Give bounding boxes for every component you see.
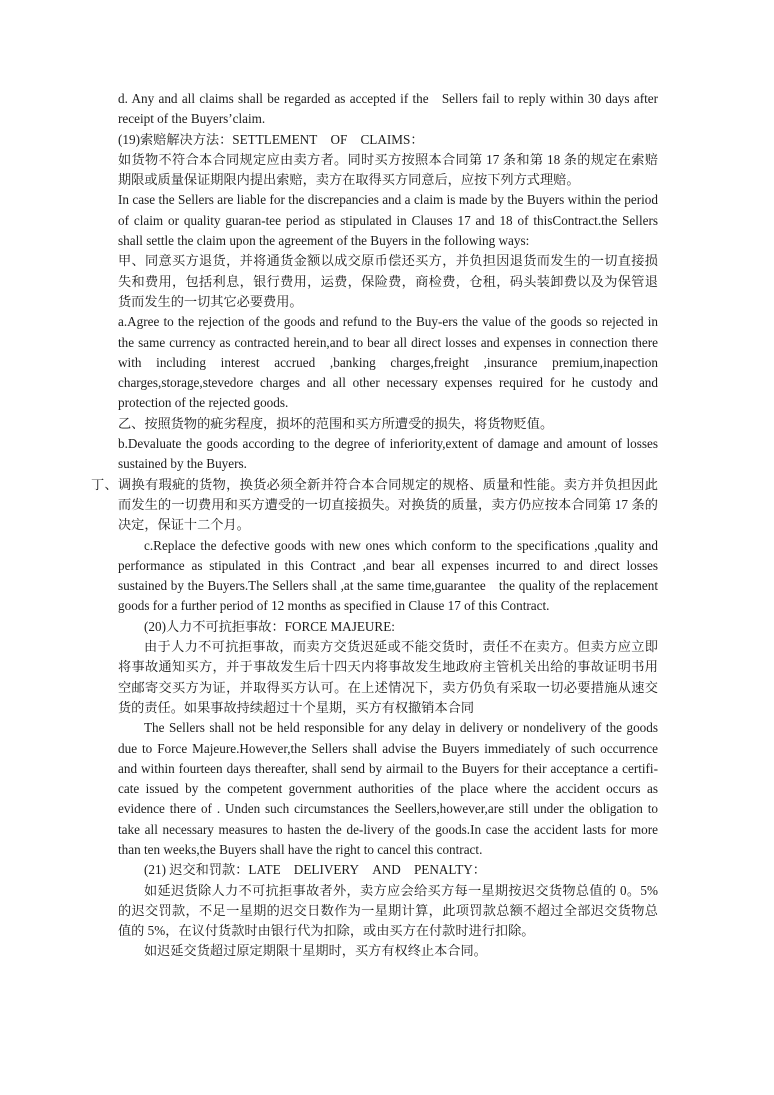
contract-page: d. Any and all claims shall be regarded …: [118, 89, 658, 962]
paragraph-option-a-agree: a.Agree to the rejection of the goods an…: [118, 312, 658, 413]
paragraph-in-case-sellers-liable: In case the Sellers are liable for the d…: [118, 190, 658, 251]
paragraph-option-jia-cn: 甲、同意买方退货，并将通货金额以成交原币偿还买方，并负担因退货而发生的一切直接损…: [118, 251, 658, 312]
heading-force-majeure: (20)人力不可抗拒事故：FORCE MAJEURE:: [118, 617, 658, 637]
paragraph-late-delivery-cn: 如延迟货除人力不可抗拒事故者外，卖方应会给买方每一星期按迟交货物总值的 0。5%…: [118, 881, 658, 942]
heading-late-delivery-penalty: (21) 迟交和罚款：LATE DELIVERY AND PENALTY：: [118, 860, 658, 880]
paragraph-option-c-replace: c.Replace the defective goods with new o…: [118, 536, 658, 617]
paragraph-force-majeure-cn: 由于人力不可抗拒事故，而卖方交货迟延或不能交货时，责任不在卖方。但卖方应立即将事…: [118, 637, 658, 718]
paragraph-option-b-devaluate: b.Devaluate the goods according to the d…: [118, 434, 658, 475]
document-background: { "page": { "background_color": "#ffffff…: [0, 0, 774, 1095]
heading-settlement-of-claims: (19)索赔解决方法：SETTLEMENT OF CLAIMS：: [118, 130, 658, 150]
paragraph-option-yi-cn: 乙、按照货物的疵劣程度，损坏的范围和买方所遭受的损失，将货物贬值。: [118, 414, 658, 434]
paragraph-force-majeure-en: The Sellers shall not be held responsibl…: [118, 718, 658, 860]
paragraph-claims-rule-cn: 如货物不符合本合同规定应由卖方者。同时买方按照本合同第 17 条和第 18 条的…: [118, 150, 658, 191]
paragraph-terminate-contract-cn: 如迟延交货超过原定期限十星期时，买方有权终止本合同。: [118, 941, 658, 961]
paragraph-claim-accepted: d. Any and all claims shall be regarded …: [118, 89, 658, 130]
paragraph-option-ding-cn: 丁、调换有瑕疵的货物，换货必须全新并符合本合同规定的规格、质量和性能。卖方并负担…: [118, 475, 658, 536]
